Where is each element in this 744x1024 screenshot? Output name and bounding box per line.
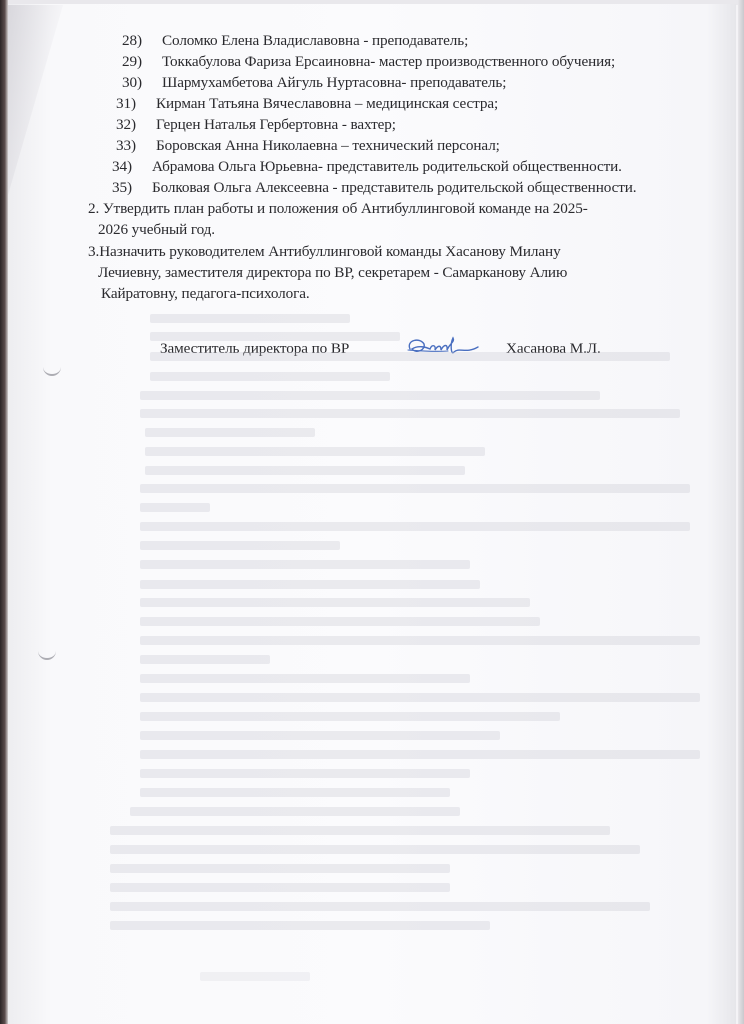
paragraph-line: Лечиевну, заместителя директора по ВР, с… (98, 263, 567, 283)
list-item: 35)Болковая Ольга Алексеевна - представи… (112, 178, 637, 198)
paragraph-line: 2026 учебный год. (98, 220, 215, 240)
paragraph-line: 3.Назначить руководителем Антибуллингово… (88, 242, 561, 262)
list-item: 33)Боровская Анна Николаевна – техническ… (116, 136, 500, 156)
list-item: 32)Герцен Наталья Гербертовна - вахтер; (116, 115, 396, 135)
paragraph-line: 2. Утвердить план работы и положения об … (88, 199, 588, 219)
scan-left-edge (0, 0, 8, 1024)
paragraph-line: Кайратовну, педагога-психолога. (101, 284, 310, 304)
list-item: 28)Соломко Елена Владиславовна - препода… (122, 31, 468, 51)
scan-right-edge (738, 0, 744, 1024)
list-item: 29)Токкабулова Фариза Ерсаиновна- мастер… (122, 52, 615, 72)
list-item: 34)Абрамова Ольга Юрьевна- представитель… (112, 157, 622, 177)
list-item: 30)Шармухамбетова Айгуль Нуртасовна- пре… (122, 73, 506, 93)
list-item: 31)Кирман Татьяна Вячеславовна – медицин… (116, 94, 498, 114)
